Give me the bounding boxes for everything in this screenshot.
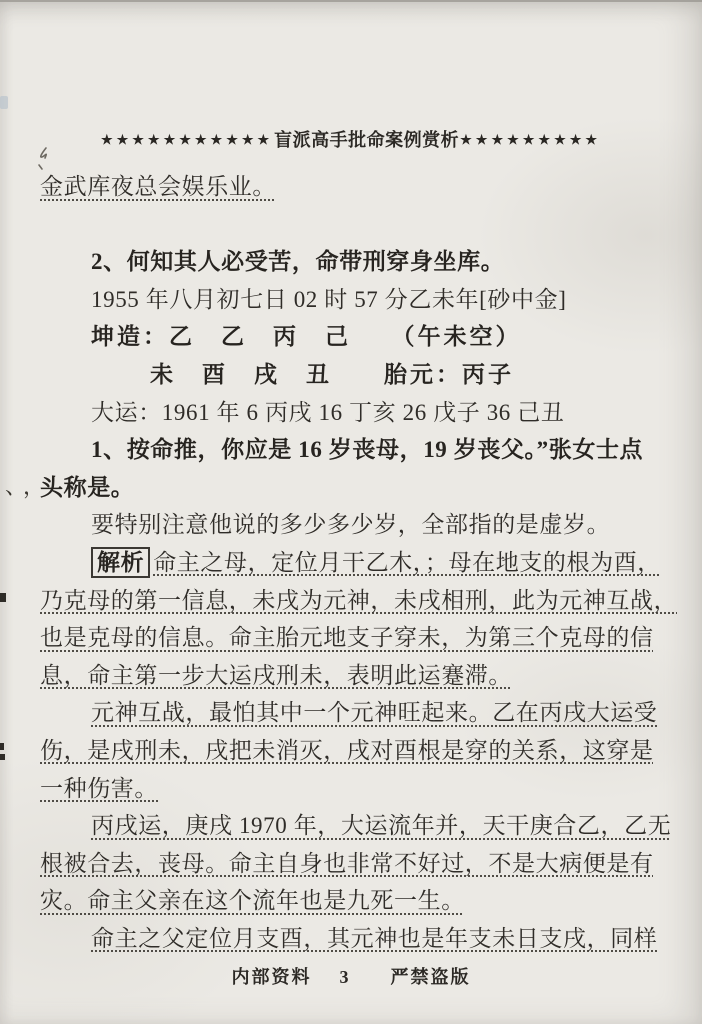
paragraph-3-line-3: 灾。命主父亲在这个流年也是九死一生。 [40, 882, 660, 920]
blank-line [40, 206, 660, 244]
footer-page-number: 3 [340, 967, 351, 988]
section-title: 2、何知其人必受苦，命带刑穿身坐库。 [40, 243, 660, 281]
footer-material-label: 内部资料 [232, 963, 312, 989]
scan-edge-smudge [0, 96, 8, 109]
header-stars-left: ★★★★★★★★★★★ [101, 132, 273, 147]
page-footer: 内部资料 3 严禁盗版 [0, 963, 702, 989]
natal-stems-line: 坤造：乙 乙 丙 己 （午未空） [40, 318, 660, 356]
footer-warning-label: 严禁盗版 [391, 963, 471, 989]
analysis-line-1-text: 命主之母，定位月干乙木，；母在地支的根为酉， [153, 550, 661, 575]
margin-mark-1: 、 [5, 474, 16, 499]
analysis-paragraph-line-2: 乃克母的第一信息，未戌为元神，未戌相刑，此为元神互战， [40, 582, 660, 620]
scan-top-edge [0, 0, 702, 2]
paragraph-3-line-1: 丙戌运，庚戌 1970 年，大运流年并，天干庚合乙，乙无 [40, 807, 660, 845]
luck-cycles-line: 大运：1961 年 6 丙戌 16 丁亥 26 戊子 36 己丑 [40, 394, 660, 432]
margin-mark-2: ， [23, 474, 45, 499]
opening-line: 金武库夜总会娱乐业。 [40, 168, 660, 206]
scan-edge-artifact [0, 754, 5, 760]
running-header: ★★★★★★★★★★★盲派高手批命案例赏析★★★★★★★★★ [0, 126, 702, 152]
note-line: 要特别注意他说的多少多少岁，全部指的是虚岁。 [40, 506, 660, 544]
header-stars-right: ★★★★★★★★★ [460, 132, 601, 147]
document-body: 金武库夜总会娱乐业。 2、何知其人必受苦，命带刑穿身坐库。 1955 年八月初七… [40, 168, 660, 957]
natal-branches-line: 未 酉 戌 丑 胎元：丙子 [40, 356, 660, 394]
paragraph-4-line-1: 命主之父定位月支酉，其元神也是年支未日支戌，同样 [40, 920, 660, 958]
birth-datetime-line: 1955 年八月初七日 02 时 57 分乙未年[砂中金] [40, 281, 660, 319]
paragraph-3-line-2: 根被合去，丧母。命主自身也非常不好过，不是大病便是有 [40, 845, 660, 883]
prediction-line-1: 1、按命推，你应是 16 岁丧母，19 岁丧父。”张女士点 [40, 431, 660, 469]
analysis-label: 解析 [91, 547, 150, 578]
paragraph-2-line-1: 元神互战，最怕其中一个元神旺起来。乙在丙戌大运受 [40, 694, 660, 732]
scan-edge-artifact [0, 743, 4, 750]
scan-edge-artifact [0, 593, 6, 602]
scanned-document-page: ★★★★★★★★★★★盲派高手批命案例赏析★★★★★★★★★ 金武库夜总会娱乐业… [0, 0, 702, 1024]
paragraph-2-line-2: 伤，是戌刑未，戌把未消灭，戌对酉根是穿的关系，这穿是 [40, 732, 660, 770]
paragraph-2-line-3: 一种伤害。 [40, 770, 660, 808]
header-title: 盲派高手批命案例赏析 [274, 130, 459, 150]
analysis-paragraph-line-3: 也是克母的信息。命主胎元地支子穿未，为第三个克母的信 [40, 619, 660, 657]
margin-annotation: 、， [5, 470, 45, 501]
analysis-paragraph-line-1: 解析命主之母，定位月干乙木，；母在地支的根为酉， [40, 544, 660, 582]
analysis-paragraph-line-4: 息，命主第一步大运戌刑未，表明此运蹇滞。 [40, 657, 660, 695]
prediction-line-2: 头称是。 [40, 469, 660, 507]
